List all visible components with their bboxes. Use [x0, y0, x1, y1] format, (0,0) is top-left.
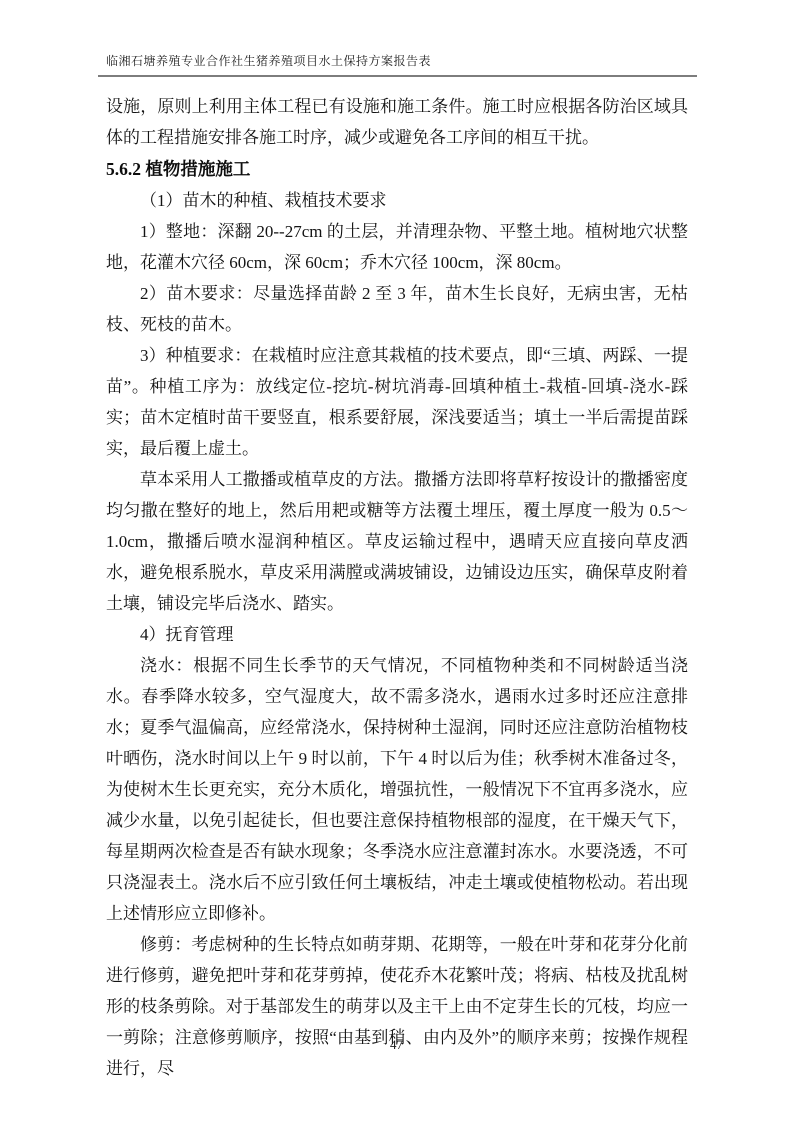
- document-body: 设施，原则上利用主体工程已有设施和施工条件。施工时应根据各防治区域具体的工程措施…: [106, 91, 688, 1084]
- section-heading-5-6-2: 5.6.2 植物措施施工: [106, 153, 688, 185]
- paragraph-grass-sowing: 草本采用人工撒播或植草皮的方法。撒播方法即将草籽按设计的撒播密度均匀撒在整好的地…: [106, 464, 688, 619]
- paragraph-construction-sequence: 设施，原则上利用主体工程已有设施和施工条件。施工时应根据各防治区域具体的工程措施…: [106, 91, 688, 153]
- document-page: 临湘石塘养殖专业合作社生猪养殖项目水土保持方案报告表 设施，原则上利用主体工程已…: [0, 0, 793, 1122]
- paragraph-land-preparation: 1）整地：深翻 20--27cm 的土层，并清理杂物、平整土地。植树地穴状整地，…: [106, 216, 688, 278]
- paragraph-pruning: 修剪：考虑树种的生长特点如萌芽期、花期等，一般在叶芽和花芽分化前进行修剪，避免把…: [106, 929, 688, 1084]
- page-footer: 47: [0, 1036, 793, 1054]
- paragraph-tending-management-title: 4）抚育管理: [106, 619, 688, 650]
- page-number: 47: [390, 1037, 403, 1052]
- paragraph-planting-requirements: 3）种植要求：在栽植时应注意其栽植的技术要点，即“三填、两踩、一提苗”。种植工序…: [106, 340, 688, 464]
- paragraph-seedling-requirements-title: （1）苗木的种植、栽植技术要求: [106, 185, 688, 216]
- paragraph-seedling-quality: 2）苗木要求：尽量选择苗龄 2 至 3 年，苗木生长良好，无病虫害，无枯枝、死枝…: [106, 278, 688, 340]
- header-title: 临湘石塘养殖专业合作社生猪养殖项目水土保持方案报告表: [106, 54, 431, 68]
- paragraph-watering: 浇水：根据不同生长季节的天气情况，不同植物种类和不同树龄适当浇水。春季降水较多，…: [106, 650, 688, 929]
- page-header: 临湘石塘养殖专业合作社生猪养殖项目水土保持方案报告表: [98, 52, 697, 77]
